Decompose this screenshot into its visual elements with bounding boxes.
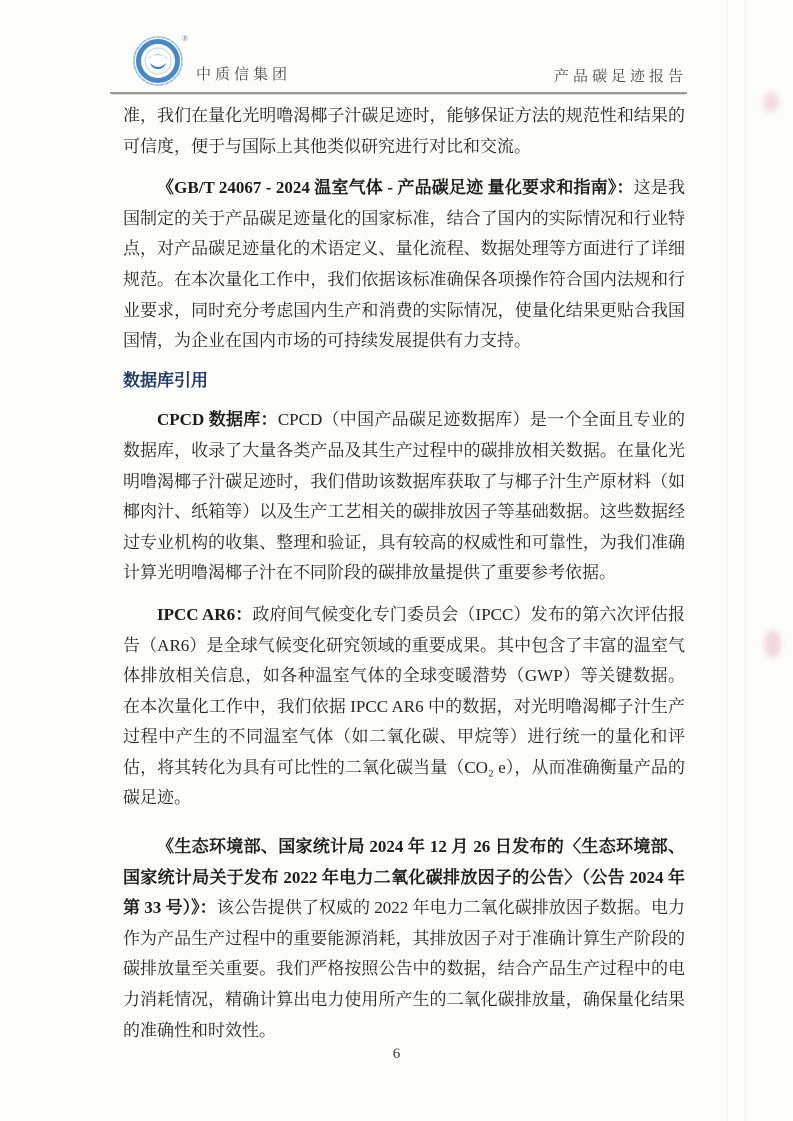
cpcd-label-bold: CPCD 数据库： — [157, 410, 278, 429]
paragraph-cpcd-database: CPCD 数据库：CPCD（中国产品碳足迹数据库）是一个全面且专业的数据库，收录… — [123, 405, 685, 589]
body-text: CPCD（中国产品碳足迹数据库）是一个全面且专业的数据库，收录了大量各类产品及其… — [123, 410, 685, 582]
header-left: ® 中质信集团 — [132, 32, 291, 88]
paragraph-gbt-standard: 《GB/T 24067 - 2024 温室气体 - 产品碳足迹 量化要求和指南》… — [123, 173, 685, 357]
scan-smudge — [764, 630, 781, 658]
scan-artifact-line — [727, 0, 728, 1121]
paragraph-mee-announcement: 《生态环境部、国家统计局 2024 年 12 月 26 日发布的〈生态环境部、国… — [123, 832, 685, 1046]
doc-title: 产品碳足迹报告 — [554, 65, 687, 86]
page-header: ® 中质信集团 产品碳足迹报告 — [110, 34, 687, 94]
body-text: 准，我们在量化光明噜渴椰子汁碳足迹时，能够保证方法的规范性和结果的可信度，便于与… — [123, 106, 685, 156]
document-body: 准，我们在量化光明噜渴椰子汁碳足迹时，能够保证方法的规范性和结果的可信度，便于与… — [123, 101, 685, 1046]
section-heading-database-citation: 数据库引用 — [123, 366, 685, 397]
registered-mark: ® — [182, 34, 188, 43]
company-logo-icon: ® — [132, 32, 188, 88]
body-text: 政府间气候变化专门委员会（IPCC）发布的第六次评估报告（AR6）是全球气候变化… — [123, 605, 685, 808]
scan-smudge — [763, 92, 779, 112]
paragraph-ipcc-ar6: IPCC AR6：政府间气候变化专门委员会（IPCC）发布的第六次评估报告（AR… — [123, 600, 685, 814]
report-page: ® 中质信集团 产品碳足迹报告 准，我们在量化光明噜渴椰子汁碳足迹时，能够保证方… — [0, 0, 793, 1121]
standard-title-bold: 《GB/T 24067 - 2024 温室气体 - 产品碳足迹 量化要求和指南》… — [157, 178, 634, 197]
body-text: 这是我国制定的关于产品碳足迹量化的国家标准，结合了国内的实际情况和行业特点，对产… — [123, 178, 685, 350]
ipcc-label-bold: IPCC AR6： — [157, 605, 252, 624]
company-name: 中质信集团 — [196, 63, 291, 88]
page-number: 6 — [0, 1046, 793, 1063]
paragraph-continuation: 准，我们在量化光明噜渴椰子汁碳足迹时，能够保证方法的规范性和结果的可信度，便于与… — [123, 101, 685, 162]
scan-artifact-line — [745, 0, 746, 1121]
body-text: 该公告提供了权威的 2022 年电力二氧化碳排放因子数据。电力作为产品生产过程中… — [123, 898, 685, 1039]
